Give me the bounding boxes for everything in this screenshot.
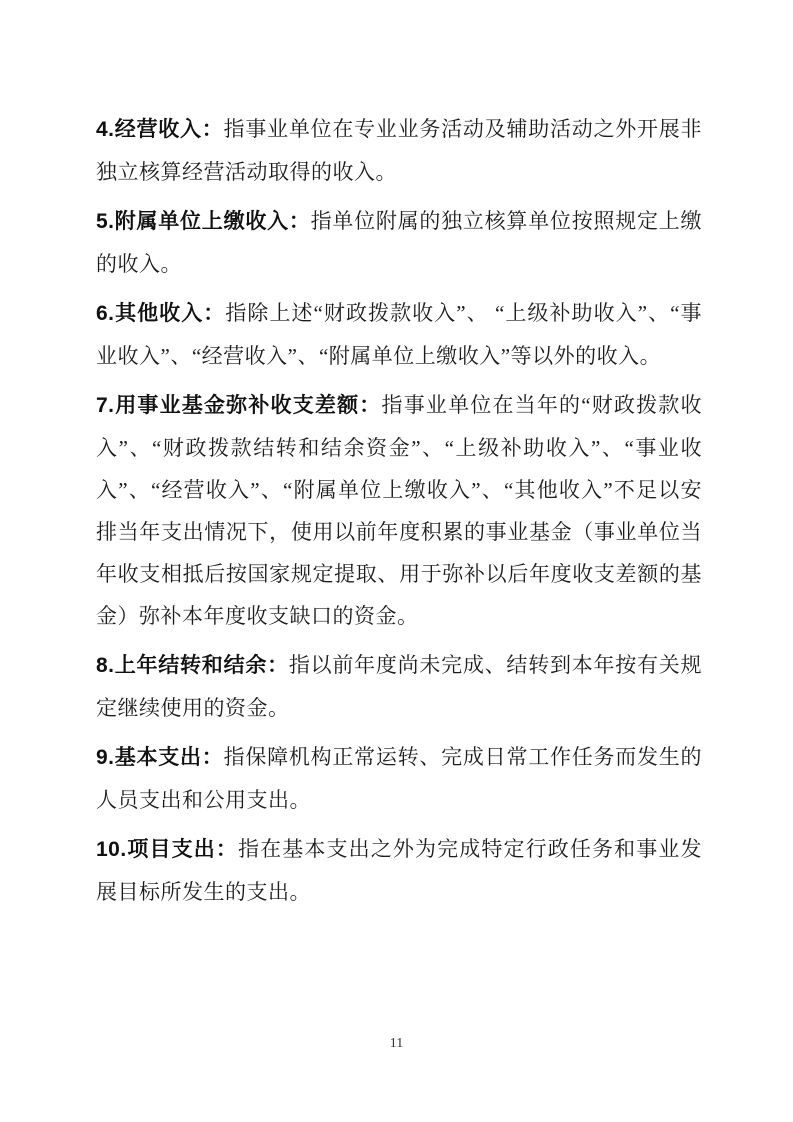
term-label: 8.上年结转和结余：: [96, 654, 289, 677]
definition-paragraph-5: 5.附属单位上缴收入：指单位附属的独立核算单位按照规定上缴的收入。: [96, 200, 702, 285]
definition-paragraph-9: 9.基本支出：指保障机构正常运转、完成日常工作任务而发生的人员支出和公用支出。: [96, 736, 702, 821]
term-definition: 指事业单位在当年的“财政拨款收入”、“财政拨款结转和结余资金”、“上级补助收入”…: [96, 393, 702, 628]
definition-paragraph-10: 10.项目支出：指在基本支出之外为完成特定行政任务和事业发展目标所发生的支出。: [96, 828, 702, 913]
document-page: 4.经营收入：指事业单位在专业业务活动及辅助活动之外开展非独立核算经营活动取得的…: [0, 0, 793, 1122]
term-label: 9.基本支出：: [96, 746, 224, 769]
term-label: 6.其他收入：: [96, 302, 225, 325]
definition-paragraph-6: 6.其他收入：指除上述“财政拨款收入”、 “上级补助收入”、“事业收入”、“经营…: [96, 292, 702, 377]
definition-paragraph-4: 4.经营收入：指事业单位在专业业务活动及辅助活动之外开展非独立核算经营活动取得的…: [96, 108, 702, 193]
term-label: 7.用事业基金弥补收支差额：: [96, 394, 382, 417]
page-number: 11: [0, 1036, 793, 1052]
term-label: 4.经营收入：: [96, 118, 224, 141]
definition-paragraph-7: 7.用事业基金弥补收支差额：指事业单位在当年的“财政拨款收入”、“财政拨款结转和…: [96, 384, 702, 637]
definition-paragraph-8: 8.上年结转和结余：指以前年度尚未完成、结转到本年按有关规定继续使用的资金。: [96, 644, 702, 729]
term-label: 5.附属单位上缴收入：: [96, 210, 311, 233]
term-label: 10.项目支出：: [96, 838, 238, 861]
definitions-section: 4.经营收入：指事业单位在专业业务活动及辅助活动之外开展非独立核算经营活动取得的…: [96, 108, 702, 920]
